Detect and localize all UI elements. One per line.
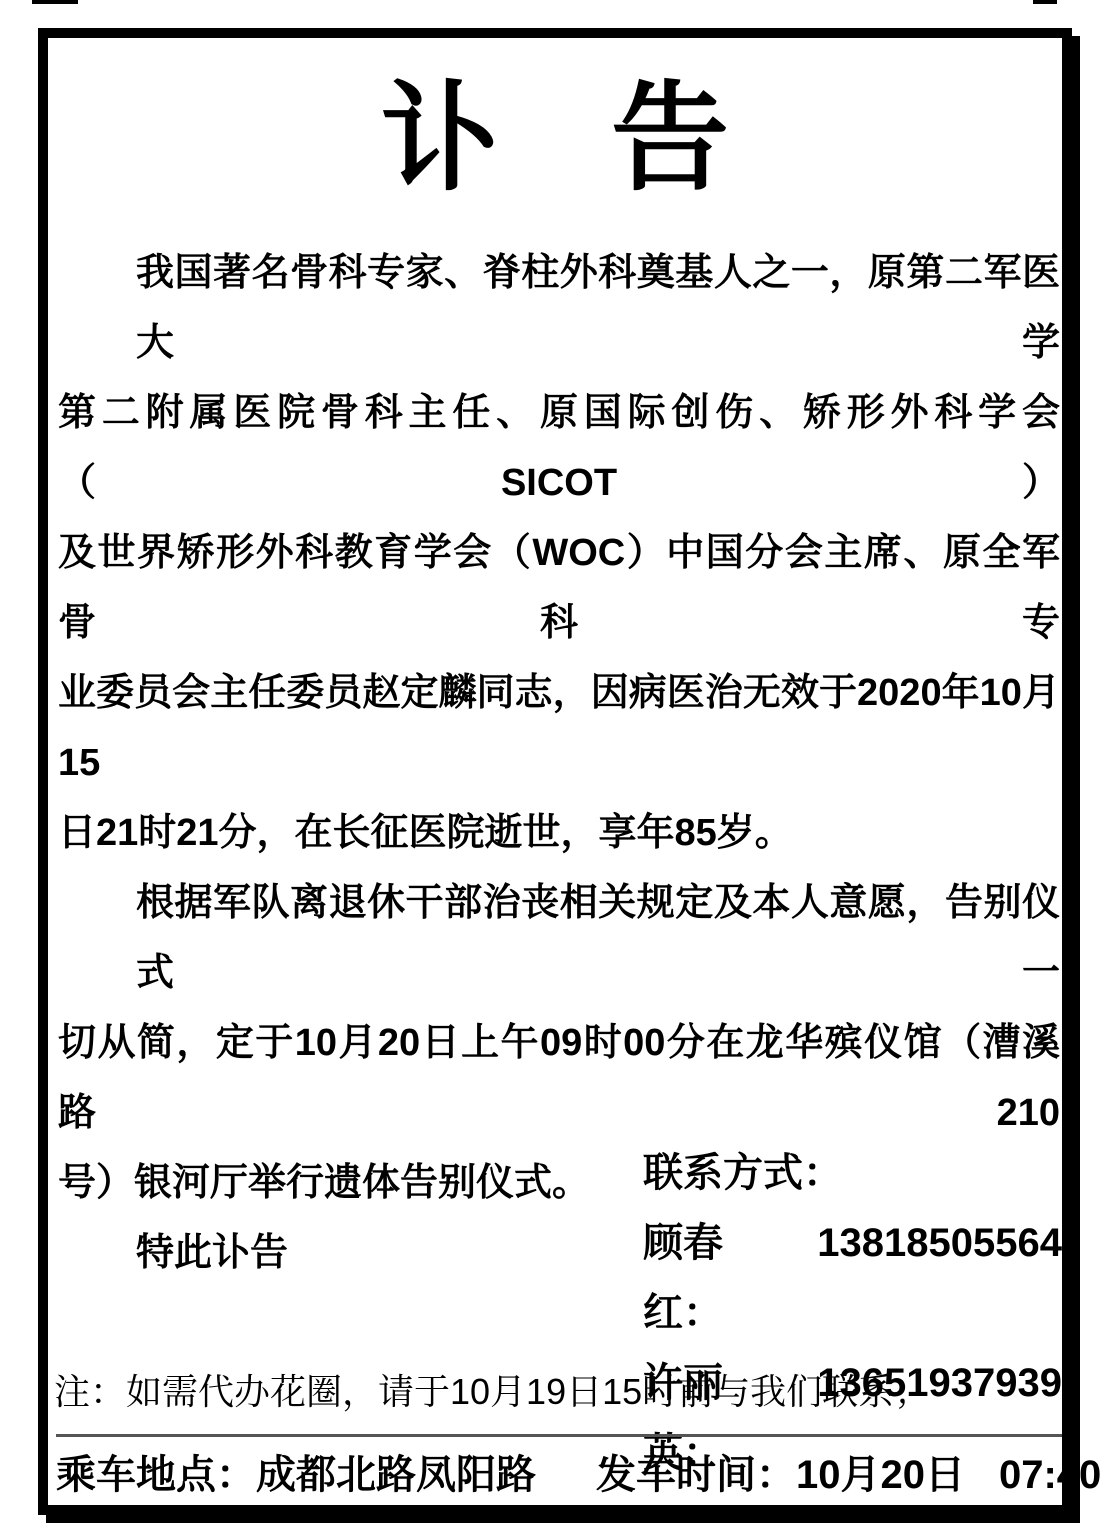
contact-heading: 联系方式： xyxy=(643,1138,1062,1208)
contact-name: 顾春红： xyxy=(643,1208,795,1348)
body-line: 切从简，定于10月20日上午09时00分在龙华殡仪馆（漕溪路210 xyxy=(58,1008,1060,1148)
notice-body: 我国著名骨科专家、脊柱外科奠基人之一，原第二军医大学 第二附属医院骨科主任、原国… xyxy=(58,238,1060,1288)
body-line: 日21时21分，在长征医院逝世，享年85岁。 xyxy=(58,798,1060,868)
body-line: 我国著名骨科专家、脊柱外科奠基人之一，原第二军医大学 xyxy=(58,238,1060,378)
boarding-location: 乘车地点：成都北路凤阳路 xyxy=(56,1440,536,1510)
wreath-note-line: 注：如需代办花圈，请于10月19日15时前与我们联系； xyxy=(54,1370,930,1414)
departure-date: 发车时间：10月20日 xyxy=(596,1440,965,1510)
title-char-2: 告 xyxy=(611,76,729,202)
notice-frame: 讣 告 我国著名骨科专家、脊柱外科奠基人之一，原第二军医大学 第二附属医院骨科主… xyxy=(38,28,1072,1515)
footer-line: 乘车地点：成都北路凤阳路 发车时间：10月20日 07:40 xyxy=(56,1440,1101,1510)
contact-phone: 13818505564 xyxy=(817,1208,1062,1348)
departure-time: 07:40 xyxy=(999,1440,1101,1510)
body-line: 及世界矫形外科教育学会（WOC）中国分会主席、原全军骨科专 xyxy=(58,518,1060,658)
body-line: 业委员会主任委员赵定麟同志，因病医治无效于2020年10月15 xyxy=(58,658,1060,798)
obituary-page: 讣 告 我国著名骨科专家、脊柱外科奠基人之一，原第二军医大学 第二附属医院骨科主… xyxy=(0,0,1117,1532)
title-char-1: 讣 xyxy=(381,76,499,202)
body-line: 根据军队离退休干部治丧相关规定及本人意愿，告别仪式一 xyxy=(58,868,1060,1008)
notice-title: 讣 告 xyxy=(48,76,1062,202)
screen-edge-artifact-left xyxy=(32,0,78,4)
screen-edge-artifact-right xyxy=(1033,0,1057,4)
body-line: 第二附属医院骨科主任、原国际创伤、矫形外科学会（SICOT） xyxy=(58,378,1060,518)
divider-line xyxy=(56,1434,1062,1437)
contact-entry: 顾春红： 13818505564 xyxy=(643,1208,1062,1348)
